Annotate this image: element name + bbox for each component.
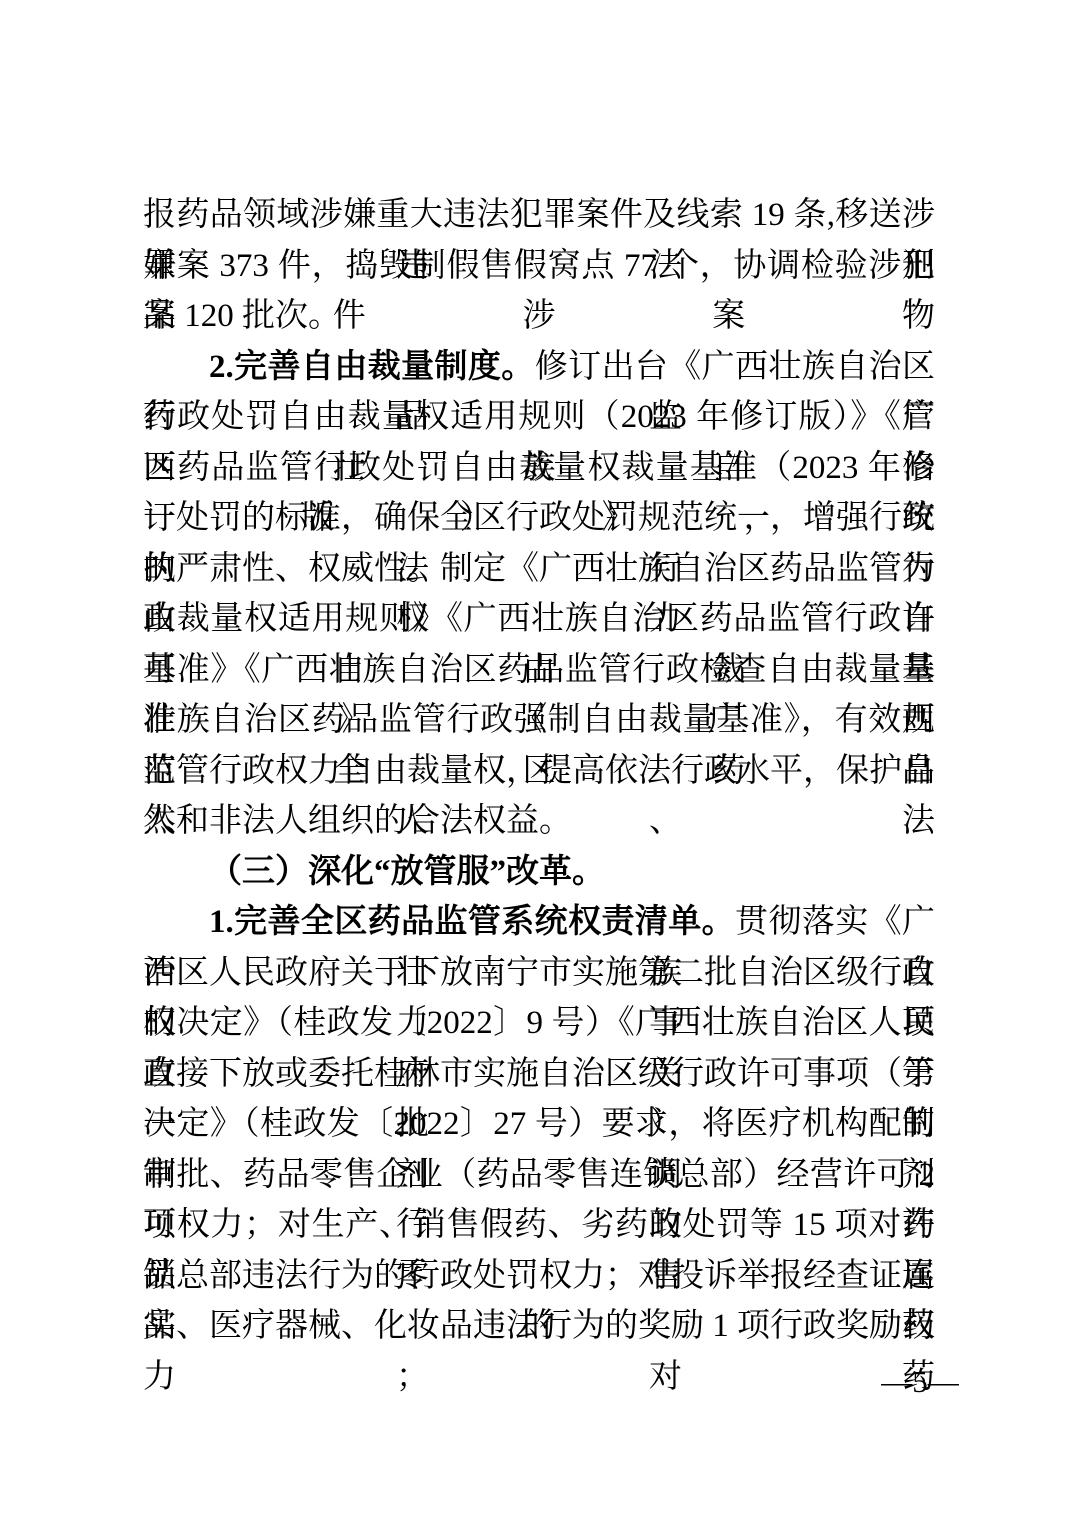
text-segment: 品 120 批次。 <box>143 298 341 334</box>
text-line: 罪案 373 件，捣毁制假售假窝点 77 个，协调检验涉刑案件涉案物 <box>143 241 935 292</box>
text-line: 由裁量权适用规则》《广西壮族自治区药品监管行政许可自由裁量 <box>143 594 935 645</box>
text-segment: 人和非法人组织的合法权益。 <box>143 803 572 839</box>
bold-text-segment: 1.完善全区药品监管系统权责清单。 <box>209 904 735 940</box>
text-line: 行政处罚自由裁量权适用规则（2023 年修订版）》《广西壮族自治 <box>143 392 935 443</box>
bold-text-segment: 2.完善自由裁量制度。 <box>209 349 535 385</box>
text-line: 直接下放或委托桂林市实施自治区级行政许可事项（第一批）的 <box>143 1049 935 1100</box>
text-line: 报药品领域涉嫌重大违法犯罪案件及线索 19 条,移送涉嫌违法犯 <box>143 190 935 241</box>
text-line: 审批、药品零售企业（药品零售连锁总部）经营许可 2 项行政许 <box>143 1150 935 1201</box>
text-line: 治区人民政府关于下放南宁市实施第二批自治区级行政权力事项 <box>143 948 935 999</box>
text-line: 可权力；对生产、销售假药、劣药的处罚等 15 项对药品零售连 <box>143 1200 935 1251</box>
text-line: （三）深化“放管服”改革。 <box>143 847 935 898</box>
text-line: 品、医疗器械、化妆品违法行为的奖励 1 项行政奖励权力；对药 <box>143 1301 935 1352</box>
text-line: 决定》（桂政发〔2022〕27 号）要求，将医疗机构配制制剂调剂 <box>143 1099 935 1150</box>
text-line: 一处罚的标准，确保全区行政处罚规范统一，增强行政执法行为 <box>143 493 935 544</box>
text-block: 报药品领域涉嫌重大违法犯罪案件及线索 19 条,移送涉嫌违法犯罪案 373 件，… <box>143 190 935 1352</box>
text-line: 的严肃性、权威性。制定《广西壮族自治区药品监管行政权力自 <box>143 544 935 595</box>
text-line: 区药品监管行政处罚自由裁量权裁量基准（2023 年修订版）》，统 <box>143 443 935 494</box>
text-line: 锁总部违法行为的行政处罚权力；对投诉举报经查证属实的药 <box>143 1251 935 1302</box>
text-line: 监管行政权力自由裁量权，提高依法行政水平，保护自然人、法 <box>143 746 935 797</box>
text-line: 2.完善自由裁量制度。修订出台《广西壮族自治区药品监管 <box>143 342 935 393</box>
text-line: 1.完善全区药品监管系统权责清单。贯彻落实《广西壮族自 <box>143 897 935 948</box>
document-page: 报药品领域涉嫌重大违法犯罪案件及线索 19 条,移送涉嫌违法犯罪案 373 件，… <box>0 0 1074 1520</box>
page-number: —5— <box>880 1362 960 1402</box>
text-line: 基准》《广西壮族自治区药品监管行政检查自由裁量基准》《广西 <box>143 645 935 696</box>
text-line: 的决定》（桂政发〔2022〕9 号）《广西壮族自治区人民政府关于 <box>143 998 935 1049</box>
bold-text-segment: （三）深化“放管服”改革。 <box>209 854 605 890</box>
text-segment: 品、医疗器械、化妆品违法行为的奖励 1 项行政奖励权力；对药 <box>143 1308 935 1395</box>
text-line: 壮族自治区药品监管行政强制自由裁量基准》，有效规范全区药品 <box>143 695 935 746</box>
